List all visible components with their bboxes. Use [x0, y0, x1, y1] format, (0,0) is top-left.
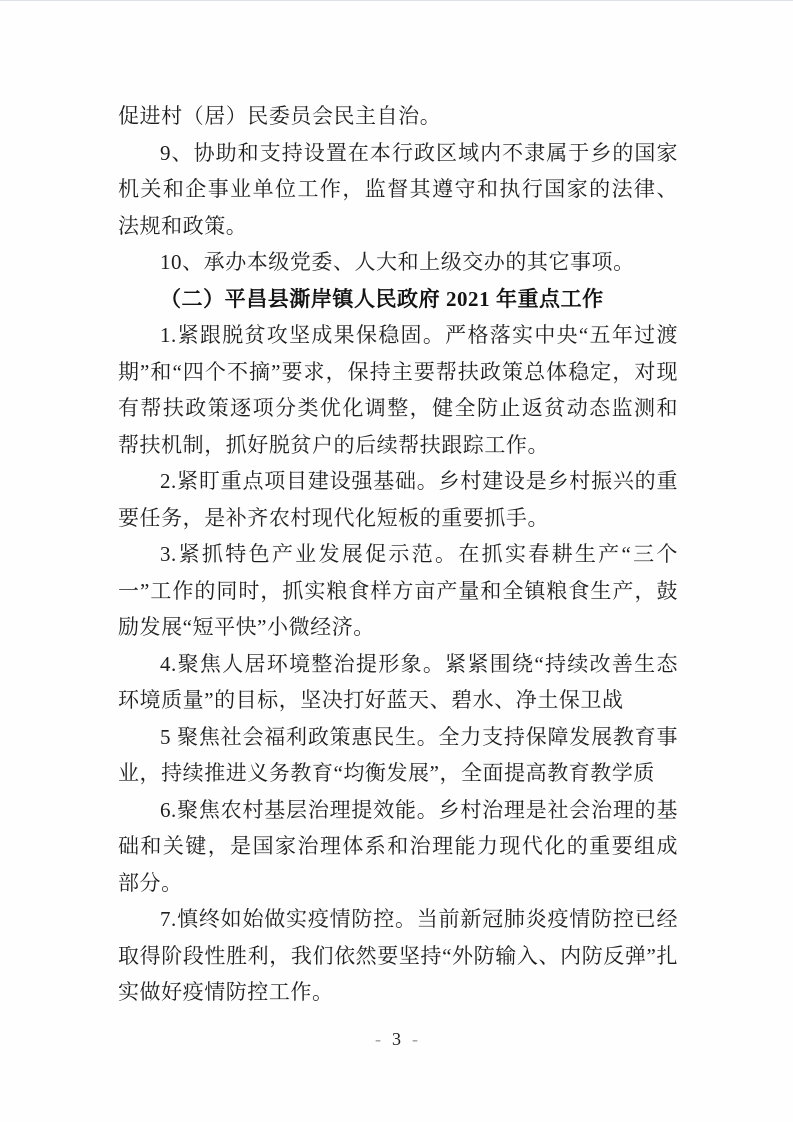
section-heading: （二）平昌县澌岸镇人民政府 2021 年重点工作 [118, 281, 678, 318]
body-paragraph: 促进村（居）民委员会民主自治。 [118, 98, 678, 135]
page-number-dash-left: - [364, 1029, 392, 1049]
body-paragraph: 7.慎终如始做实疫情防控。当前新冠肺炎疫情防控已经取得阶段性胜利，我们依然要坚持… [118, 901, 678, 1011]
document-page: 促进村（居）民委员会民主自治。9、协助和支持设置在本行政区域内不隶属于乡的国家机… [0, 0, 793, 1122]
body-paragraph: 3.紧抓特色产业发展促示范。在抓实春耕生产“三个一”工作的同时，抓实粮食样方亩产… [118, 536, 678, 646]
body-paragraph: 6.聚焦农村基层治理提效能。乡村治理是社会治理的基础和关键，是国家治理体系和治理… [118, 792, 678, 902]
body-paragraph: 9、协助和支持设置在本行政区域内不隶属于乡的国家机关和企事业单位工作，监督其遵守… [118, 135, 678, 245]
body-paragraph: 4.聚焦人居环境整治提形象。紧紧围绕“持续改善生态环境质量”的目标，坚决打好蓝天… [118, 646, 678, 719]
page-number: 3 [392, 1029, 401, 1049]
page-footer: -3- [0, 1027, 793, 1051]
body-paragraph: 10、承办本级党委、人大和上级交办的其它事项。 [118, 244, 678, 281]
body-paragraph: 5 聚焦社会福利政策惠民生。全力支持保障发展教育事业，持续推进义务教育“均衡发展… [118, 719, 678, 792]
body-paragraph: 1.紧跟脱贫攻坚成果保稳固。严格落实中央“五年过渡期”和“四个不摘”要求，保持主… [118, 317, 678, 463]
page-number-dash-right: - [401, 1029, 429, 1049]
document-body: 促进村（居）民委员会民主自治。9、协助和支持设置在本行政区域内不隶属于乡的国家机… [118, 98, 678, 1011]
body-paragraph: 2.紧盯重点项目建设强基础。乡村建设是乡村振兴的重要任务，是补齐农村现代化短板的… [118, 463, 678, 536]
